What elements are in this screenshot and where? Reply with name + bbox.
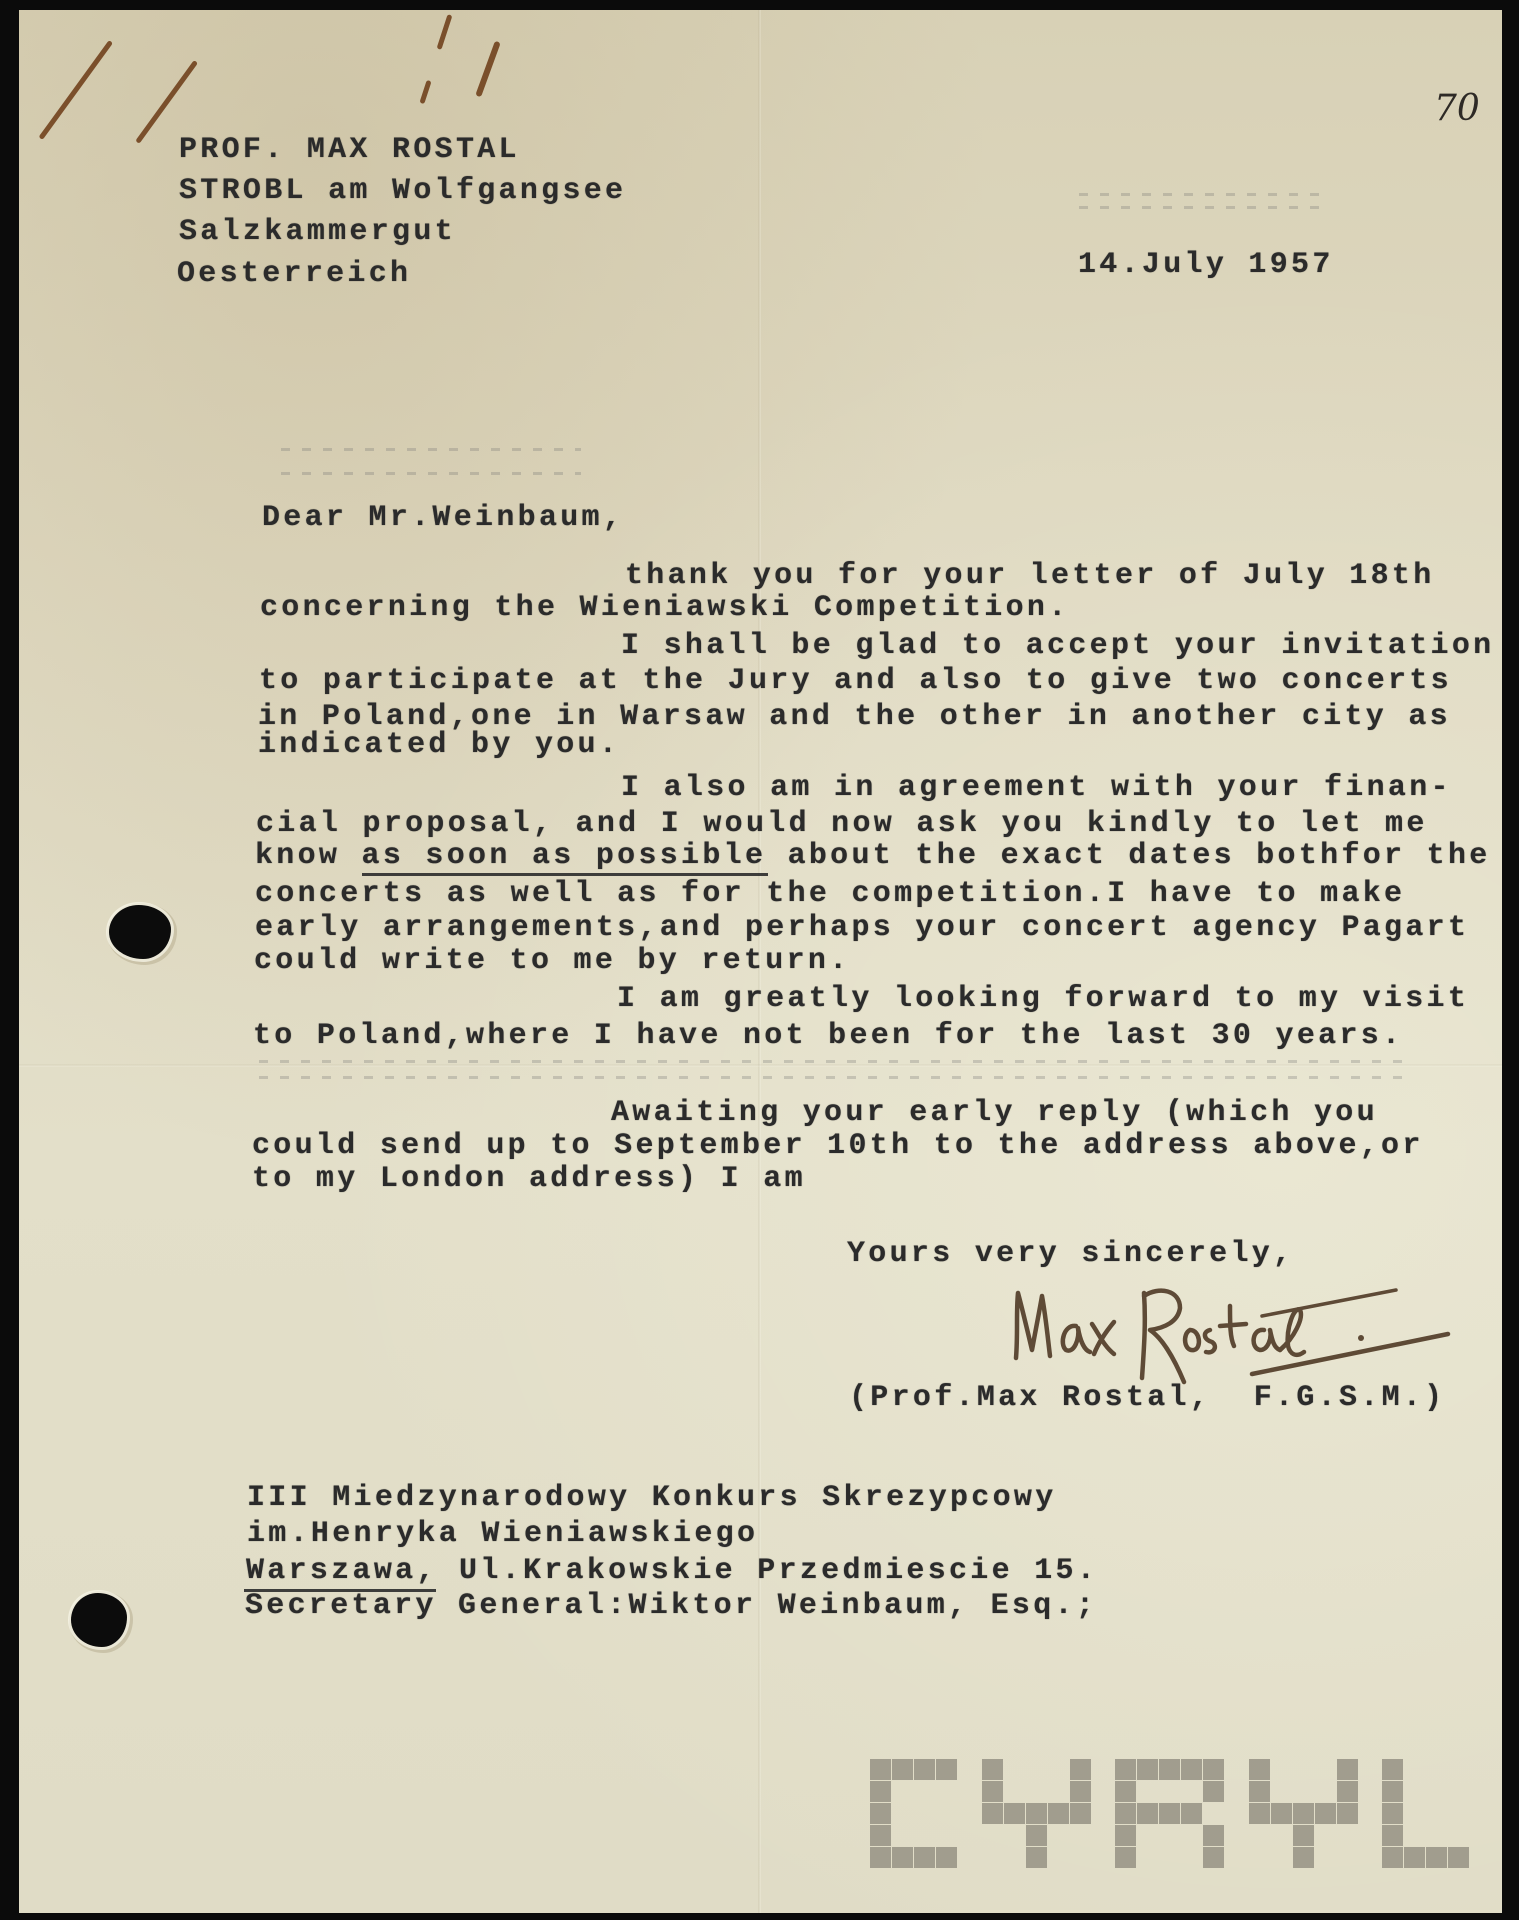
faded-text bbox=[281, 472, 581, 475]
rust-mark bbox=[38, 40, 113, 140]
watermark-cell bbox=[1315, 1803, 1336, 1824]
watermark-cell bbox=[1249, 1759, 1270, 1780]
body-line: indicated by you. bbox=[258, 730, 620, 760]
watermark-cell bbox=[1203, 1825, 1224, 1846]
faded-text bbox=[259, 1076, 1409, 1079]
watermark-cell bbox=[982, 1759, 1003, 1780]
watermark-cell bbox=[1448, 1847, 1469, 1868]
watermark-cell bbox=[870, 1781, 891, 1802]
page-number: 70 bbox=[1434, 88, 1480, 129]
body-line: cial proposal, and I would now ask you k… bbox=[256, 809, 1428, 839]
underline-as-soon-as-possible bbox=[362, 873, 768, 876]
watermark-cell bbox=[1137, 1803, 1158, 1824]
sender-country: Oesterreich bbox=[177, 259, 411, 289]
body-line: early arrangements,and perhaps your conc… bbox=[255, 913, 1469, 943]
watermark-cell bbox=[982, 1781, 1003, 1802]
watermark-cell bbox=[892, 1847, 913, 1868]
watermark-cell bbox=[870, 1759, 891, 1780]
rust-mark bbox=[437, 14, 453, 50]
faded-text bbox=[1079, 193, 1329, 196]
watermark-cell bbox=[1026, 1803, 1047, 1824]
watermark-cell bbox=[1293, 1803, 1314, 1824]
watermark-cell bbox=[1048, 1803, 1069, 1824]
body-line: could send up to September 10th to the a… bbox=[252, 1131, 1424, 1161]
watermark-cell bbox=[914, 1759, 935, 1780]
horizontal-fold-line bbox=[19, 1064, 1502, 1067]
recipient-line: Secretary General:Wiktor Weinbaum, Esq.; bbox=[245, 1591, 1097, 1621]
letter-paper: 70 PROF. MAX ROSTAL STROBL am Wolfgangse… bbox=[19, 10, 1502, 1913]
body-line: Awaiting your early reply (which you bbox=[611, 1098, 1378, 1128]
sender-name: PROF. MAX ROSTAL bbox=[179, 135, 520, 165]
sender-town: STROBL am Wolfgangsee bbox=[179, 176, 626, 206]
watermark-cell bbox=[1181, 1759, 1202, 1780]
watermark-cell bbox=[982, 1803, 1003, 1824]
watermark-cell bbox=[1159, 1803, 1180, 1824]
rust-mark bbox=[419, 80, 431, 104]
body-line: I also am in agreement with your finan- bbox=[621, 773, 1452, 803]
watermark-cell bbox=[1382, 1803, 1403, 1824]
watermark-cell bbox=[1070, 1803, 1091, 1824]
watermark-cell bbox=[1249, 1781, 1270, 1802]
faded-text bbox=[1079, 206, 1329, 209]
watermark-cell bbox=[1115, 1803, 1136, 1824]
punch-hole bbox=[109, 905, 171, 959]
watermark-cell bbox=[1404, 1847, 1425, 1868]
signature-block: (Prof.Max Rostal, F.G.S.M.) bbox=[849, 1383, 1445, 1413]
faded-text bbox=[281, 448, 581, 451]
body-line: I am greatly looking forward to my visit bbox=[617, 984, 1469, 1014]
watermark-cell bbox=[1026, 1847, 1047, 1868]
watermark-cell bbox=[1382, 1781, 1403, 1802]
body-line: to Poland,where I have not been for the … bbox=[253, 1021, 1403, 1051]
watermark-cell bbox=[1382, 1847, 1403, 1868]
body-line: to participate at the Jury and also to g… bbox=[259, 666, 1452, 696]
body-line: I shall be glad to accept your invitatio… bbox=[621, 631, 1494, 661]
watermark-cell bbox=[1115, 1781, 1136, 1802]
watermark-cell bbox=[1026, 1825, 1047, 1846]
watermark-cell bbox=[870, 1825, 891, 1846]
watermark-cell bbox=[1115, 1759, 1136, 1780]
watermark-cell bbox=[892, 1759, 913, 1780]
body-line: know as soon as possible about the exact… bbox=[255, 841, 1491, 871]
watermark-cell bbox=[1070, 1781, 1091, 1802]
watermark-cell bbox=[1070, 1759, 1091, 1780]
watermark-cell bbox=[870, 1847, 891, 1868]
watermark-cell bbox=[1203, 1759, 1224, 1780]
body-line: concerts as well as for the competition.… bbox=[255, 879, 1405, 909]
watermark-cell bbox=[1181, 1803, 1202, 1824]
watermark-cell bbox=[1115, 1847, 1136, 1868]
watermark-cell bbox=[1004, 1803, 1025, 1824]
watermark-cell bbox=[1382, 1759, 1403, 1780]
punch-hole bbox=[71, 1593, 127, 1647]
closing: Yours very sincerely, bbox=[847, 1239, 1294, 1269]
faded-text bbox=[259, 1060, 1409, 1063]
letter-date: 14.July 1957 bbox=[1078, 250, 1334, 280]
watermark-cell bbox=[936, 1847, 957, 1868]
body-line: could write to me by return. bbox=[254, 946, 850, 976]
watermark-cell bbox=[936, 1759, 957, 1780]
body-line: concerning the Wieniawski Competition. bbox=[260, 593, 1070, 623]
rust-mark bbox=[135, 60, 198, 144]
watermark-cell bbox=[1203, 1781, 1224, 1802]
watermark-cell bbox=[1337, 1803, 1358, 1824]
handwritten-signature bbox=[1004, 1278, 1464, 1393]
rust-mark bbox=[475, 41, 500, 98]
watermark-cell bbox=[1382, 1825, 1403, 1846]
watermark-cell bbox=[1337, 1781, 1358, 1802]
watermark-cell bbox=[1115, 1825, 1136, 1846]
body-line: to my London address) I am bbox=[252, 1164, 806, 1194]
body-line: thank you for your letter of July 18th bbox=[625, 561, 1435, 591]
watermark-cell bbox=[1426, 1847, 1447, 1868]
watermark-cell bbox=[1137, 1759, 1158, 1780]
watermark-cell bbox=[1203, 1847, 1224, 1868]
sender-region: Salzkammergut bbox=[179, 217, 456, 247]
watermark-cell bbox=[1271, 1803, 1292, 1824]
watermark-cell bbox=[914, 1847, 935, 1868]
watermark-cell bbox=[1159, 1759, 1180, 1780]
recipient-line: im.Henryka Wieniawskiego bbox=[247, 1519, 758, 1549]
watermark-cell bbox=[1337, 1759, 1358, 1780]
watermark-cell bbox=[1293, 1847, 1314, 1868]
salutation: Dear Mr.Weinbaum, bbox=[262, 503, 624, 533]
watermark-cell bbox=[1293, 1825, 1314, 1846]
recipient-line: Warszawa, Ul.Krakowskie Przedmiescie 15. bbox=[246, 1556, 1098, 1586]
watermark-cell bbox=[1249, 1803, 1270, 1824]
recipient-line: III Miedzynarodowy Konkurs Skrezypcowy bbox=[247, 1483, 1057, 1513]
watermark-cell bbox=[870, 1803, 891, 1824]
